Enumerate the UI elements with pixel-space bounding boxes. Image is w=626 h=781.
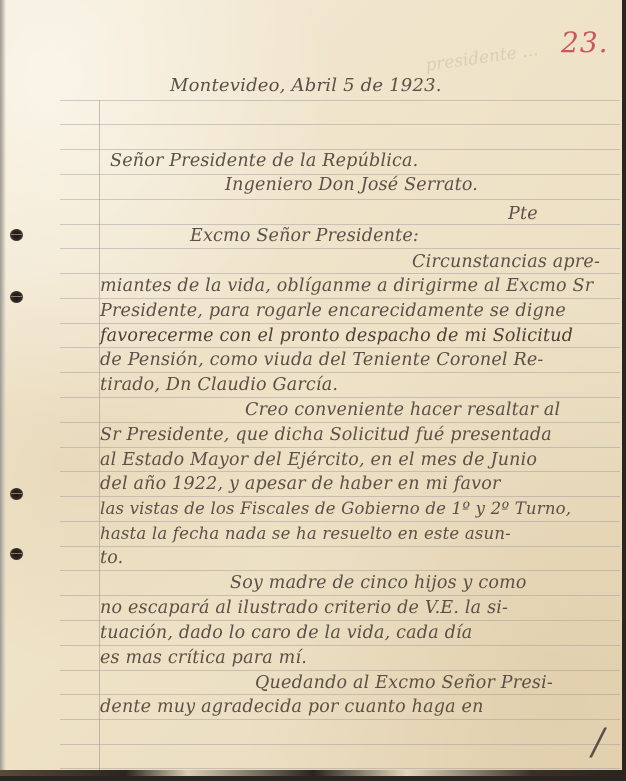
ruled-line [60,149,620,150]
body-line: to. [100,548,123,568]
punch-hole [10,488,23,500]
body-line: las vistas de los Fiscales de Gobierno d… [100,499,571,518]
body-line: Creo conveniente hacer resaltar al [245,400,560,420]
body-line: favorecerme con el pronto despacho de mi… [100,326,573,346]
ruled-line [60,496,620,497]
ruled-line [60,744,620,745]
punch-hole [10,291,23,303]
ruled-line [60,447,620,448]
ruled-line [60,124,620,125]
ruled-line [60,719,620,720]
show-through-text: presidente ... [424,38,540,78]
ruled-line [60,298,620,299]
body-line: Quedando al Excmo Señor Presi- [255,673,553,693]
ruled-line [60,768,620,769]
body-line: Soy madre de cinco hijos y como [230,573,527,593]
ruled-line [60,372,620,373]
salutation: Excmo Señor Presidente: [190,226,419,246]
body-line: dente muy agradecida por cuanto haga en [100,697,484,717]
punch-hole [10,548,23,560]
ruled-line [60,347,620,348]
body-line: no escapará al ilustrado criterio de V.E… [100,598,508,618]
ruled-line [60,100,620,101]
body-line: tuación, dado lo caro de la vida, cada d… [100,623,472,643]
body-line: de Pensión, como viuda del Teniente Coro… [100,350,544,370]
document-page: presidente ... 23. Montevideo, Abril 5 d… [0,0,622,776]
ruled-line [60,471,620,472]
ruled-line [60,397,620,398]
ruled-line [60,645,620,646]
continuation-mark: / [592,722,604,763]
ruled-line [60,694,620,695]
addressee-abbrev: Pte [508,204,538,224]
body-line: tirado, Dn Claudio García. [100,375,338,395]
body-line: Circunstancias apre- [412,252,600,272]
punch-hole [10,229,23,241]
body-line: Presidente, para rogarle encarecidamente… [100,301,566,321]
body-line: Sr Presidente, que dicha Solicitud fué p… [100,425,552,445]
ruled-line [60,273,620,274]
body-line: del año 1922, y apesar de haber en mi fa… [100,474,501,494]
body-line: hasta la fecha nada se ha resuelto en es… [100,524,511,543]
ruled-line [60,521,620,522]
ruled-line [60,670,620,671]
ruled-line [60,570,620,571]
page-edge-shadow [0,0,6,776]
ruled-line [60,422,620,423]
ruled-line [60,248,620,249]
place-date: Montevideo, Abril 5 de 1923. [170,75,442,96]
ruled-line [60,546,620,547]
body-line: miantes de la vida, oblíganme a dirigirm… [100,276,593,296]
ruled-line [60,323,620,324]
addressee-line-2: Ingeniero Don José Serrato. [225,175,478,195]
ruled-line [60,620,620,621]
addressee-line-1: Señor Presidente de la República. [110,151,418,171]
body-line: es mas crítica para mí. [100,648,307,668]
body-line: al Estado Mayor del Ejército, en el mes … [100,450,537,470]
ruled-line [60,224,620,225]
ruled-line [60,595,620,596]
folio-number: 23. [561,26,609,59]
ruled-line [60,199,620,200]
scan-bottom-edge [0,770,622,776]
